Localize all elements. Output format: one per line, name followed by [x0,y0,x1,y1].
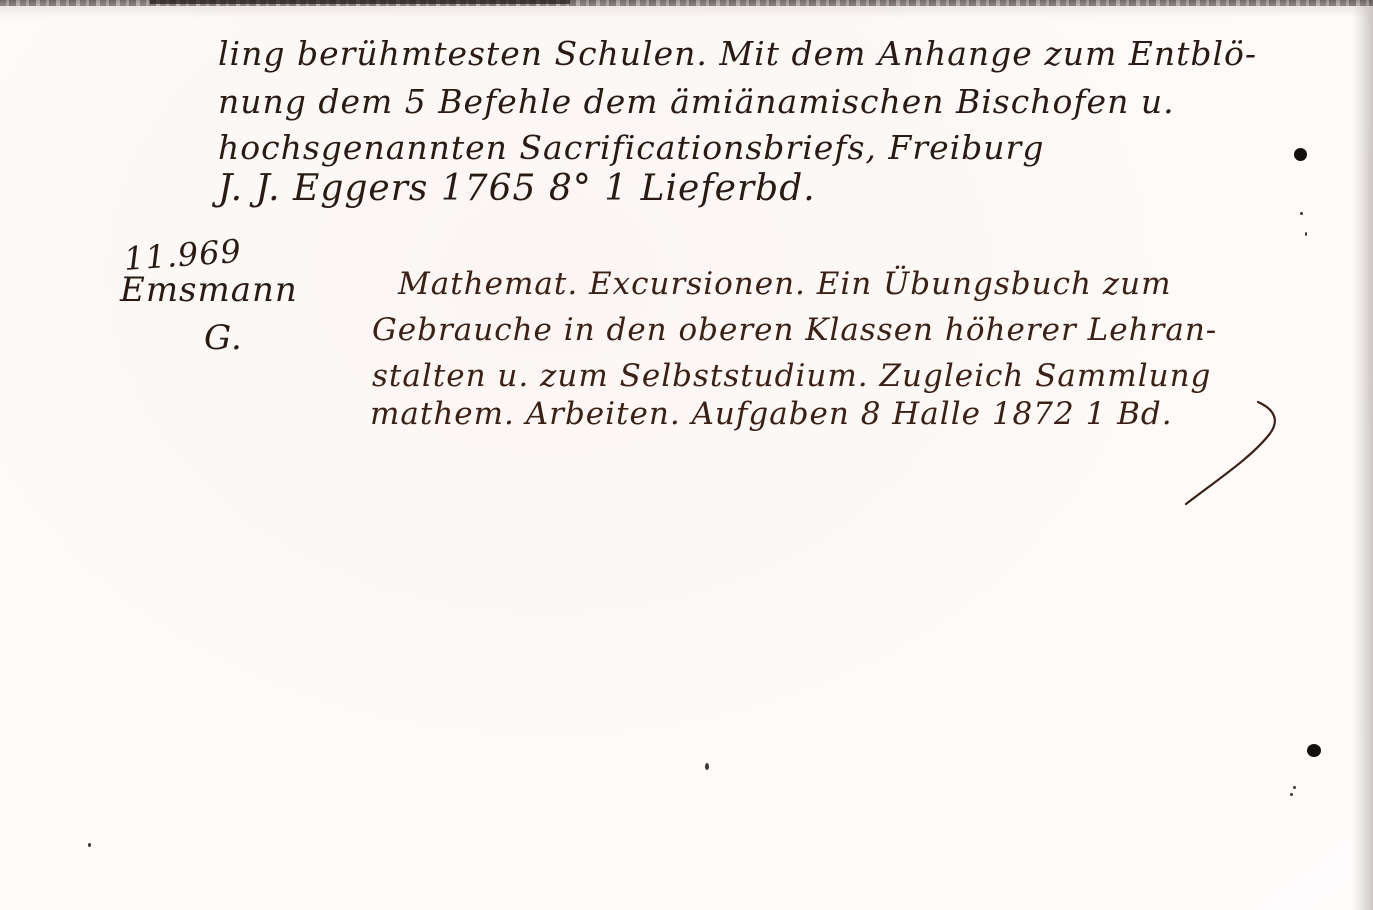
previous-entry-line-2: nung dem 5 Befehle dem ämiänamischen Bis… [218,82,1175,121]
title-line-1: Mathemat. Excursionen. Ein Übungsbuch zu… [398,266,1171,302]
author-initial: G. [204,318,243,358]
title-line-3: stalten u. zum Selbststudium. Zugleich S… [372,358,1211,394]
pen-flourish [1180,400,1290,510]
previous-entry-line-3: hochsgenannten Sacrificationsbriefs, Fre… [218,128,1044,167]
scan-top-edge-shadow [150,0,570,4]
ink-speck [1293,786,1296,789]
ink-speck [705,763,709,770]
author-surname: Emsmann [120,270,298,310]
ink-speck [88,843,91,847]
ink-blot [1294,148,1307,161]
ink-speck [1305,232,1307,236]
title-line-2: Gebrauche in den oberen Klassen höherer … [372,312,1217,348]
ink-speck [1290,793,1293,796]
ink-blot [1307,744,1321,757]
title-line-4: mathem. Arbeiten. Aufgaben 8 Halle 1872 … [370,396,1173,432]
previous-entry-line-1: ling berühmtesten Schulen. Mit dem Anhan… [218,34,1257,73]
previous-entry-line-4: J. J. Eggers 1765 8° 1 Lieferbd. [218,168,816,209]
ink-speck [1300,212,1303,215]
